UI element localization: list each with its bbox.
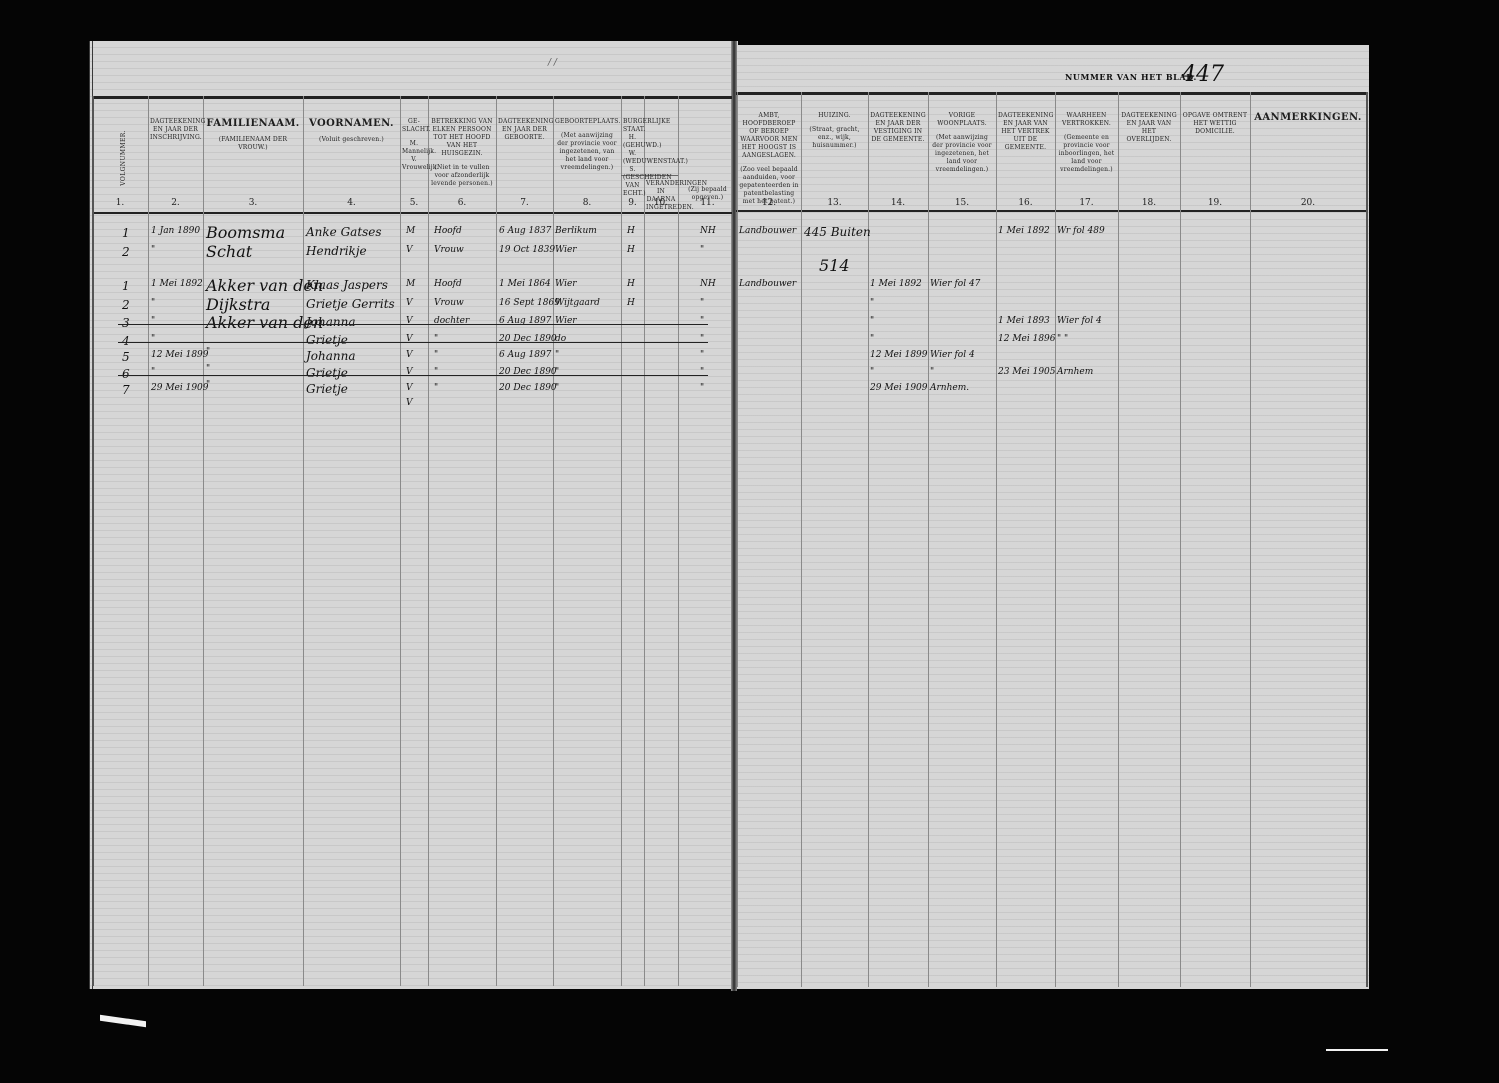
column-number: 8. [553,198,621,208]
column-number: 15. [928,198,996,208]
handwritten-cell: " [151,245,155,255]
sheet-number-label: NUMMER VAN HET BLAD. [1065,72,1197,82]
handwritten-cell: 1 Mei 1892 [151,279,203,289]
column-divider [496,96,497,986]
handwritten-cell: 2 [122,245,130,259]
column-divider [553,96,554,986]
handwritten-cell: Wier fol 47 [930,279,980,289]
handwritten-cell: " [870,316,874,326]
column-header-sub: (Met aanwijzing der provincie voor ingez… [930,134,994,174]
column-number: 4. [303,198,400,208]
column-header-12: AMBT, HOOFDBEROEP OF BEROEP WAARVOOR MEN… [739,112,799,206]
handwritten-cell: " [434,383,438,393]
column-number: 7. [496,198,553,208]
handwritten-cell: " [700,245,704,255]
handwritten-cell: Grietje [306,333,348,347]
handwritten-cell: 1 Mei 1892 [870,279,922,289]
handwritten-cell: 23 Mei 1905 [998,367,1056,377]
column-header-3: FAMILIENAAM.(FAMILIENAAM DER VROUW.) [205,118,301,152]
column-number: 1. [92,198,148,208]
column-header-8: GEBOORTEPLAATS.(Met aanwijzing der provi… [555,118,619,172]
handwritten-cell: " [434,350,438,360]
column-header-title: VOORNAMEN. [309,118,394,129]
column-header-18: DAGTEEKENING EN JAAR VAN HET OVERLIJDEN. [1120,112,1178,144]
column-header-15: VORIGE WOONPLAATS.(Met aanwijzing der pr… [930,112,994,174]
column-header-title: AANMERKINGEN. [1254,112,1362,123]
handwritten-cell: Arnhem. [930,383,969,393]
handwritten-cell: 4 [122,334,130,348]
handwritten-cell: H [627,226,635,236]
handwritten-cell: " [870,367,874,377]
handwritten-cell: Hoofd [434,226,462,236]
column-number: 11. [678,198,737,208]
handwritten-cell: Wier fol 4 [930,350,975,360]
column-header-title: DAGTEEKENING EN JAAR VAN HET OVERLIJDEN. [1121,112,1177,143]
column-header-title: HUIZING. [818,112,851,119]
handwritten-cell: H [627,279,635,289]
handwritten-cell: 1 Jan 1890 [151,226,200,236]
handwritten-cell: 1 Mei 1893 [998,316,1050,326]
column-header-2: DAGTEEKENING EN JAAR DER INSCHRIJVING. [150,118,201,142]
strike-through-line [118,375,708,376]
column-header-sub: (Voluit geschreven.) [305,136,398,144]
column-header-5: GE-SLACHT.M. Mannelijk. V. Vrouwelijk. [402,118,426,172]
column-header-title: DAGTEEKENING EN JAAR DER GEBOORTE. [498,118,554,141]
handwritten-cell: V [406,298,413,308]
column-divider [92,96,94,986]
handwritten-cell: Hendrikje [306,244,367,258]
header-top-rule-right [736,92,1366,95]
strike-through-line [118,342,708,343]
column-divider [737,92,738,987]
handwritten-cell: Hoofd [434,279,462,289]
column-divider [644,96,645,986]
column-number: 16. [996,198,1055,208]
column-header-title: FAMILIENAAM. [206,118,299,129]
handwritten-cell: V [406,245,413,255]
right-page [734,45,1369,989]
handwritten-cell: 19 Oct 1839 [499,245,555,255]
column-header-19: OPGAVE OMTRENT HET WETTIG DOMICILIE. [1182,112,1248,136]
handwritten-cell: 20 Dec 1890 [499,383,557,393]
handwritten-cell: 445 Buiten [804,225,871,239]
handwritten-cell: 514 [819,256,850,275]
column-header-17: WAARHEEN VERTROKKEN.(Gemeente en provinc… [1057,112,1116,174]
column-divider [1180,92,1181,987]
handwritten-cell: Dijkstra [206,295,270,314]
handwritten-cell: 7 [122,383,130,397]
handwritten-cell: " [555,350,559,360]
handwritten-cell: Anke Gatses [306,225,382,239]
column-header-title: VORIGE WOONPLAATS. [937,112,987,127]
handwritten-cell: 29 Mei 1909 [870,383,928,393]
handwritten-cell: " [870,298,874,308]
column-divider [996,92,997,987]
column-divider [203,96,204,986]
handwritten-cell: Arnhem [1057,367,1093,377]
handwritten-cell: Vrouw [434,298,464,308]
handwritten-cell: " [700,350,704,360]
column-number: 6. [428,198,496,208]
handwritten-cell: " [206,380,210,390]
top-scribble: / / [548,58,557,68]
column-number: 13. [801,198,868,208]
handwritten-cell: 12 Mei 1899 [870,350,928,360]
column-header-sub: (FAMILIENAAM DER VROUW.) [205,136,301,152]
column-header-9: BURGERLIJKE STAAT. H. (GEHUWD.) W. (WEDU… [623,118,642,198]
handwritten-cell: 2 [122,298,130,312]
handwritten-cell: Wier [555,245,577,255]
column-divider [1366,92,1368,987]
column-number: 9. [621,198,644,208]
handwritten-cell: H [627,298,635,308]
column-header-6: BETREKKING VAN ELKEN PERSOON TOT HET HOO… [430,118,494,188]
column-number: 2. [148,198,203,208]
column-header-14: DAGTEEKENING EN JAAR DER VESTIGING IN DE… [870,112,926,144]
sheet-number: 447 [1182,62,1224,87]
column-header-sub: (Niet in te vullen voor afzonderlijk lev… [430,164,494,188]
handwritten-cell: Johanna [306,349,356,363]
handwritten-cell: Boomsma [206,223,285,242]
column-divider [621,175,622,215]
column-number: 20. [1250,198,1366,208]
handwritten-cell: Johanna [306,315,356,329]
handwritten-cell: Grietje [306,366,348,380]
header-bottom-rule-right [736,210,1366,212]
column-number: 12. [737,198,801,208]
handwritten-cell: 16 Sept 1869 [499,298,560,308]
handwritten-cell: 3 [122,316,130,330]
column-header-title: WAARHEEN VERTROKKEN. [1062,112,1111,127]
column-number: 17. [1055,198,1118,208]
column-divider [400,96,401,986]
column-number: 14. [868,198,928,208]
column-number: 5. [400,198,428,208]
handwritten-cell: H [627,245,635,255]
film-scratch [1326,1049,1388,1051]
handwritten-cell: " " [1057,334,1068,344]
handwritten-cell: 6 [122,367,130,381]
handwritten-cell: 1 [122,279,130,293]
handwritten-cell: V [406,350,413,360]
column-divider [303,96,304,986]
column-number: 19. [1180,198,1250,208]
handwritten-cell: M [406,226,415,236]
handwritten-cell: Wijtgaard [555,298,600,308]
column-divider [928,92,929,987]
column-header-title: DAGTEEKENING EN JAAR VAN HET VERTREK UIT… [998,112,1054,151]
column-divider [801,92,802,987]
handwritten-cell: Landbouwer [739,279,796,289]
column-header-title: DAGTEEKENING EN JAAR DER INSCHRIJVING. [150,118,206,141]
handwritten-cell: " [930,367,934,377]
handwritten-cell: Wr fol 489 [1057,226,1105,236]
handwritten-cell: Berlikum [555,226,597,236]
handwritten-cell: Vrouw [434,245,464,255]
column-header-sub: (Gemeente en provincie voor inboorlingen… [1057,134,1116,174]
handwritten-cell: " [700,383,704,393]
handwritten-cell: V [406,398,413,408]
column-divider [1118,92,1119,987]
column-divider [621,96,622,986]
column-header-20: AANMERKINGEN. [1252,112,1364,124]
column-header-sub: (Straat, gracht, enz., wijk, huisnummer.… [803,126,866,150]
handwritten-cell: NH [700,279,716,289]
column-header-sub: M. Mannelijk. V. Vrouwelijk. [402,140,426,172]
column-header-4: VOORNAMEN.(Voluit geschreven.) [305,118,398,144]
column-number: 10. [644,198,678,208]
column-divider [428,96,429,986]
handwritten-cell: Grietje Gerrits [306,297,395,311]
column-header-title: AMBT, HOOFDBEROEP OF BEROEP WAARVOOR MEN… [740,112,798,159]
column-number: 18. [1118,198,1180,208]
handwritten-cell: " [870,334,874,344]
handwritten-cell: 1 Mei 1892 [998,226,1050,236]
handwritten-cell: 6 Aug 1837 [499,226,551,236]
column-divider [1055,92,1056,987]
column-divider [678,96,679,986]
strike-through-line [118,324,708,325]
handwritten-cell: " [206,347,210,357]
handwritten-cell: V [406,383,413,393]
handwritten-cell: 5 [122,350,130,364]
column-header-title: BETREKKING VAN ELKEN PERSOON TOT HET HOO… [431,118,492,157]
handwritten-cell: Wier fol 4 [1057,316,1102,326]
column-header-7: DAGTEEKENING EN JAAR DER GEBOORTE. [498,118,551,142]
handwritten-cell: " [555,383,559,393]
header-top-rule [92,96,732,99]
column-header-13: HUIZING.(Straat, gracht, enz., wijk, hui… [803,112,866,150]
handwritten-cell: M [406,279,415,289]
handwritten-cell: " [151,298,155,308]
column-number: 3. [203,198,303,208]
column-divider [1250,92,1251,987]
handwritten-cell: 6 Aug 1897 [499,350,551,360]
column-header-title: GEBOORTEPLAATS. [555,118,621,125]
film-scratch [100,1015,146,1027]
handwritten-cell: 29 Mei 1909 [151,383,209,393]
handwritten-cell: Landbouwer [739,226,796,236]
header-volgnummer: VOLGNUMMER. [120,130,127,186]
column-header-title: OPGAVE OMTRENT HET WETTIG DOMICILIE. [1183,112,1247,135]
handwritten-cell: 12 Mei 1896 [998,334,1056,344]
handwritten-cell: NH [700,226,716,236]
handwritten-cell: Schat [206,242,252,261]
column-divider [148,96,149,986]
handwritten-cell: 1 Mei 1864 [499,279,551,289]
header-bottom-rule [92,212,732,214]
handwritten-cell: 1 [122,226,130,240]
handwritten-cell: " [206,364,210,374]
column-header-16: DAGTEEKENING EN JAAR VAN HET VERTREK UIT… [998,112,1053,152]
handwritten-cell: 12 Mei 1899 [151,350,209,360]
column-header-sub: (Met aanwijzing der provincie voor ingez… [555,132,619,172]
handwritten-cell: Klaas Jaspers [306,278,388,292]
column-header-title: DAGTEEKENING EN JAAR DER VESTIGING IN DE… [870,112,926,143]
handwritten-cell: " [700,298,704,308]
handwritten-cell: Grietje [306,382,348,396]
handwritten-cell: Wier [555,279,577,289]
